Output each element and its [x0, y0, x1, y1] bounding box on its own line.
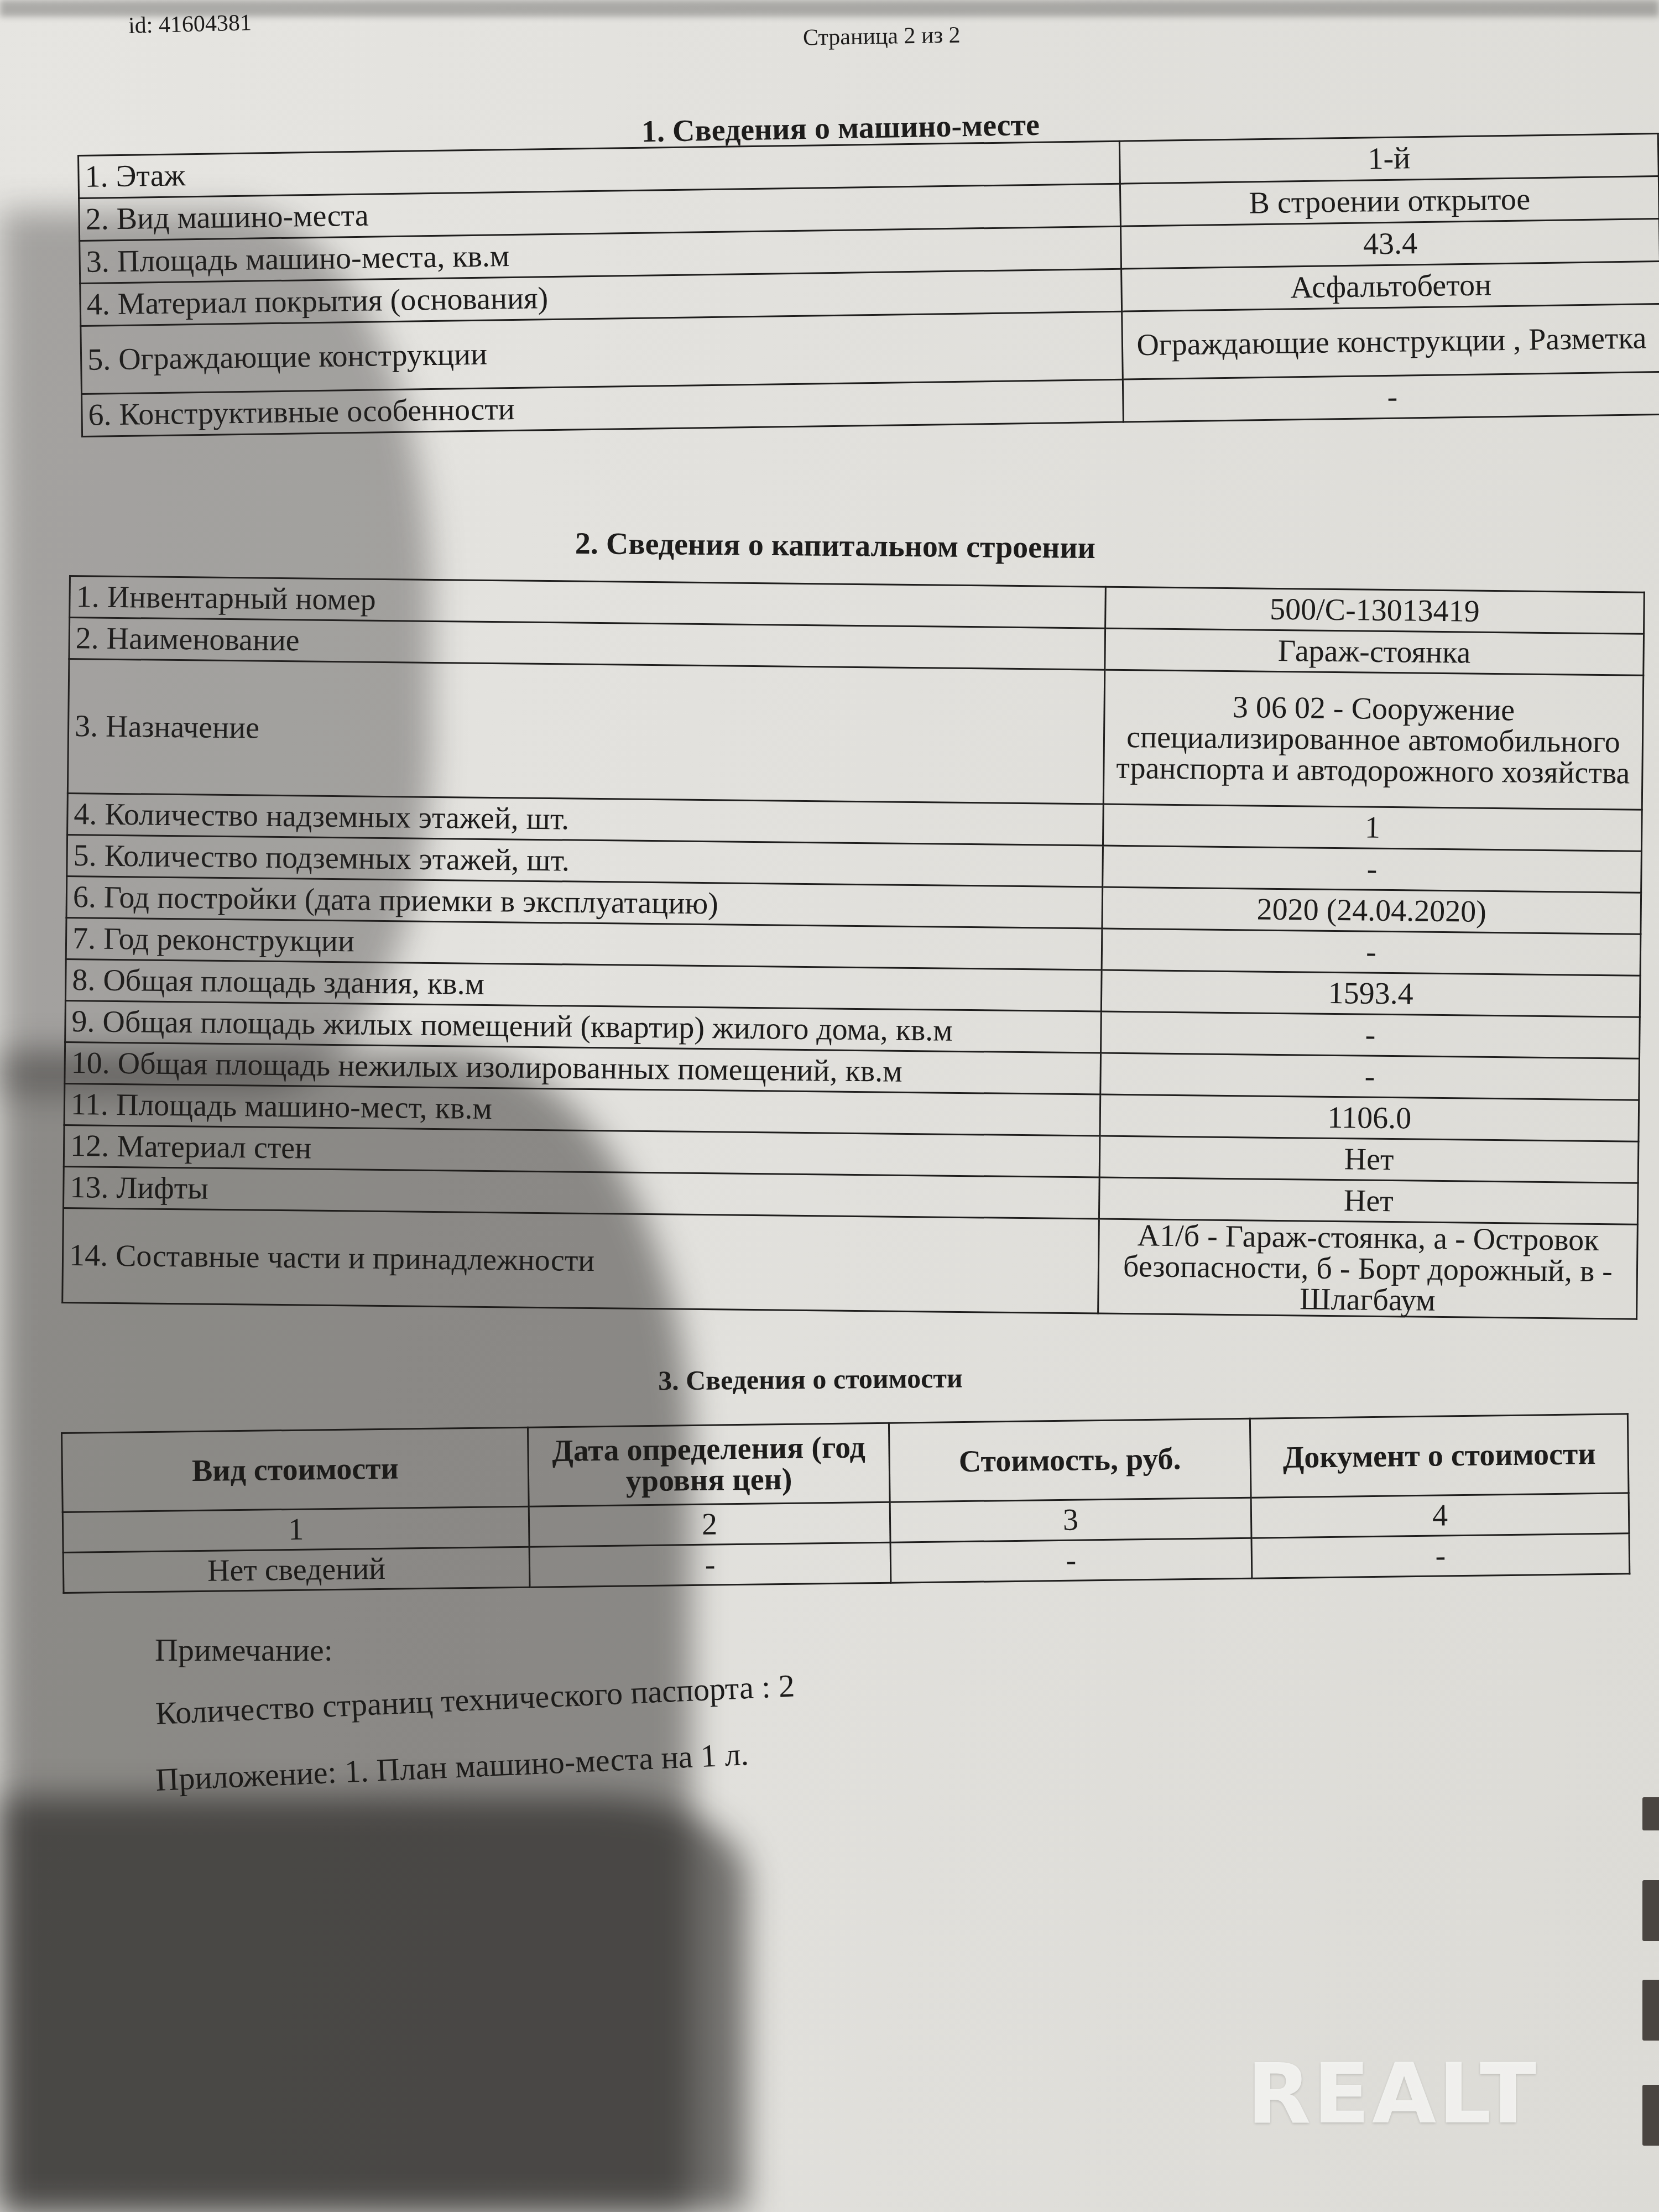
binder-hole: [1642, 1797, 1659, 1830]
row-value: -: [1100, 1053, 1640, 1100]
column-index: 3: [890, 1498, 1251, 1542]
row-value: 1-й: [1119, 134, 1658, 184]
realt-watermark-logo: REALT: [1247, 2046, 1538, 2142]
row-value: 1593.4: [1101, 970, 1640, 1017]
section2-title: 2. Сведения о капитальном строении: [575, 526, 1095, 566]
table-cell: Нет сведений: [63, 1547, 530, 1593]
row-value: В строении открытое: [1120, 176, 1659, 227]
column-index: 2: [529, 1502, 890, 1547]
row-value: Нет: [1099, 1136, 1639, 1183]
binder-hole: [1642, 1880, 1659, 1941]
table-cell: -: [890, 1538, 1252, 1583]
row-value: Ограждающие конструкции , Разметка: [1122, 304, 1659, 380]
table-cell: -: [1251, 1533, 1630, 1578]
row-value: 1: [1103, 804, 1642, 851]
row-value: Нет: [1099, 1177, 1638, 1224]
table-cell: -: [529, 1542, 891, 1587]
building-table: 1. Инвентарный номер500/С-13013419 2. На…: [61, 575, 1645, 1320]
row-value: 43.4: [1120, 219, 1659, 269]
row-value: -: [1123, 372, 1659, 422]
cost-table: Вид стоимости Дата определения (год уров…: [61, 1413, 1630, 1594]
table-row: 3. Назначение3 06 02 - Сооружение специа…: [67, 659, 1643, 810]
row-value: Асфальтобетон: [1121, 262, 1659, 312]
row-value: 3 06 02 - Сооружение специализированное …: [1103, 670, 1643, 810]
binder-hole: [1642, 2085, 1659, 2146]
column-index: 1: [62, 1506, 529, 1552]
row-value: 1106.0: [1100, 1094, 1639, 1141]
column-header: Стоимость, руб.: [889, 1418, 1251, 1502]
row-value: -: [1102, 928, 1641, 975]
row-value: Гараж-стоянка: [1105, 628, 1644, 675]
parking-space-table: 1. Этаж1-й 2. Вид машино-местаВ строении…: [77, 133, 1659, 437]
row-label: 14. Составные части и принадлежности: [62, 1208, 1099, 1313]
row-value: 500/С-13013419: [1105, 587, 1645, 634]
page-number: Страница 2 из 2: [803, 22, 961, 51]
column-index: 4: [1251, 1493, 1629, 1538]
binder-hole: [1642, 1980, 1659, 2041]
column-header: Дата определения (год уровня цен): [528, 1423, 890, 1506]
row-label: 3. Назначение: [67, 659, 1104, 805]
document-id: id: 41604381: [128, 9, 252, 39]
table-row: 14. Составные части и принадлежностиА1/б…: [62, 1208, 1638, 1319]
notes-heading: Примечание:: [155, 1631, 333, 1668]
row-value: -: [1101, 1011, 1640, 1058]
row-value: А1/б - Гараж-стоянка, а - Островок безоп…: [1098, 1219, 1638, 1319]
section3-title: 3. Сведения о стоимости: [658, 1362, 963, 1397]
row-value: 2020 (24.04.2020): [1102, 887, 1641, 934]
column-header: Вид стоимости: [62, 1427, 529, 1512]
column-header: Документ о стоимости: [1250, 1414, 1629, 1498]
row-value: -: [1103, 846, 1642, 893]
